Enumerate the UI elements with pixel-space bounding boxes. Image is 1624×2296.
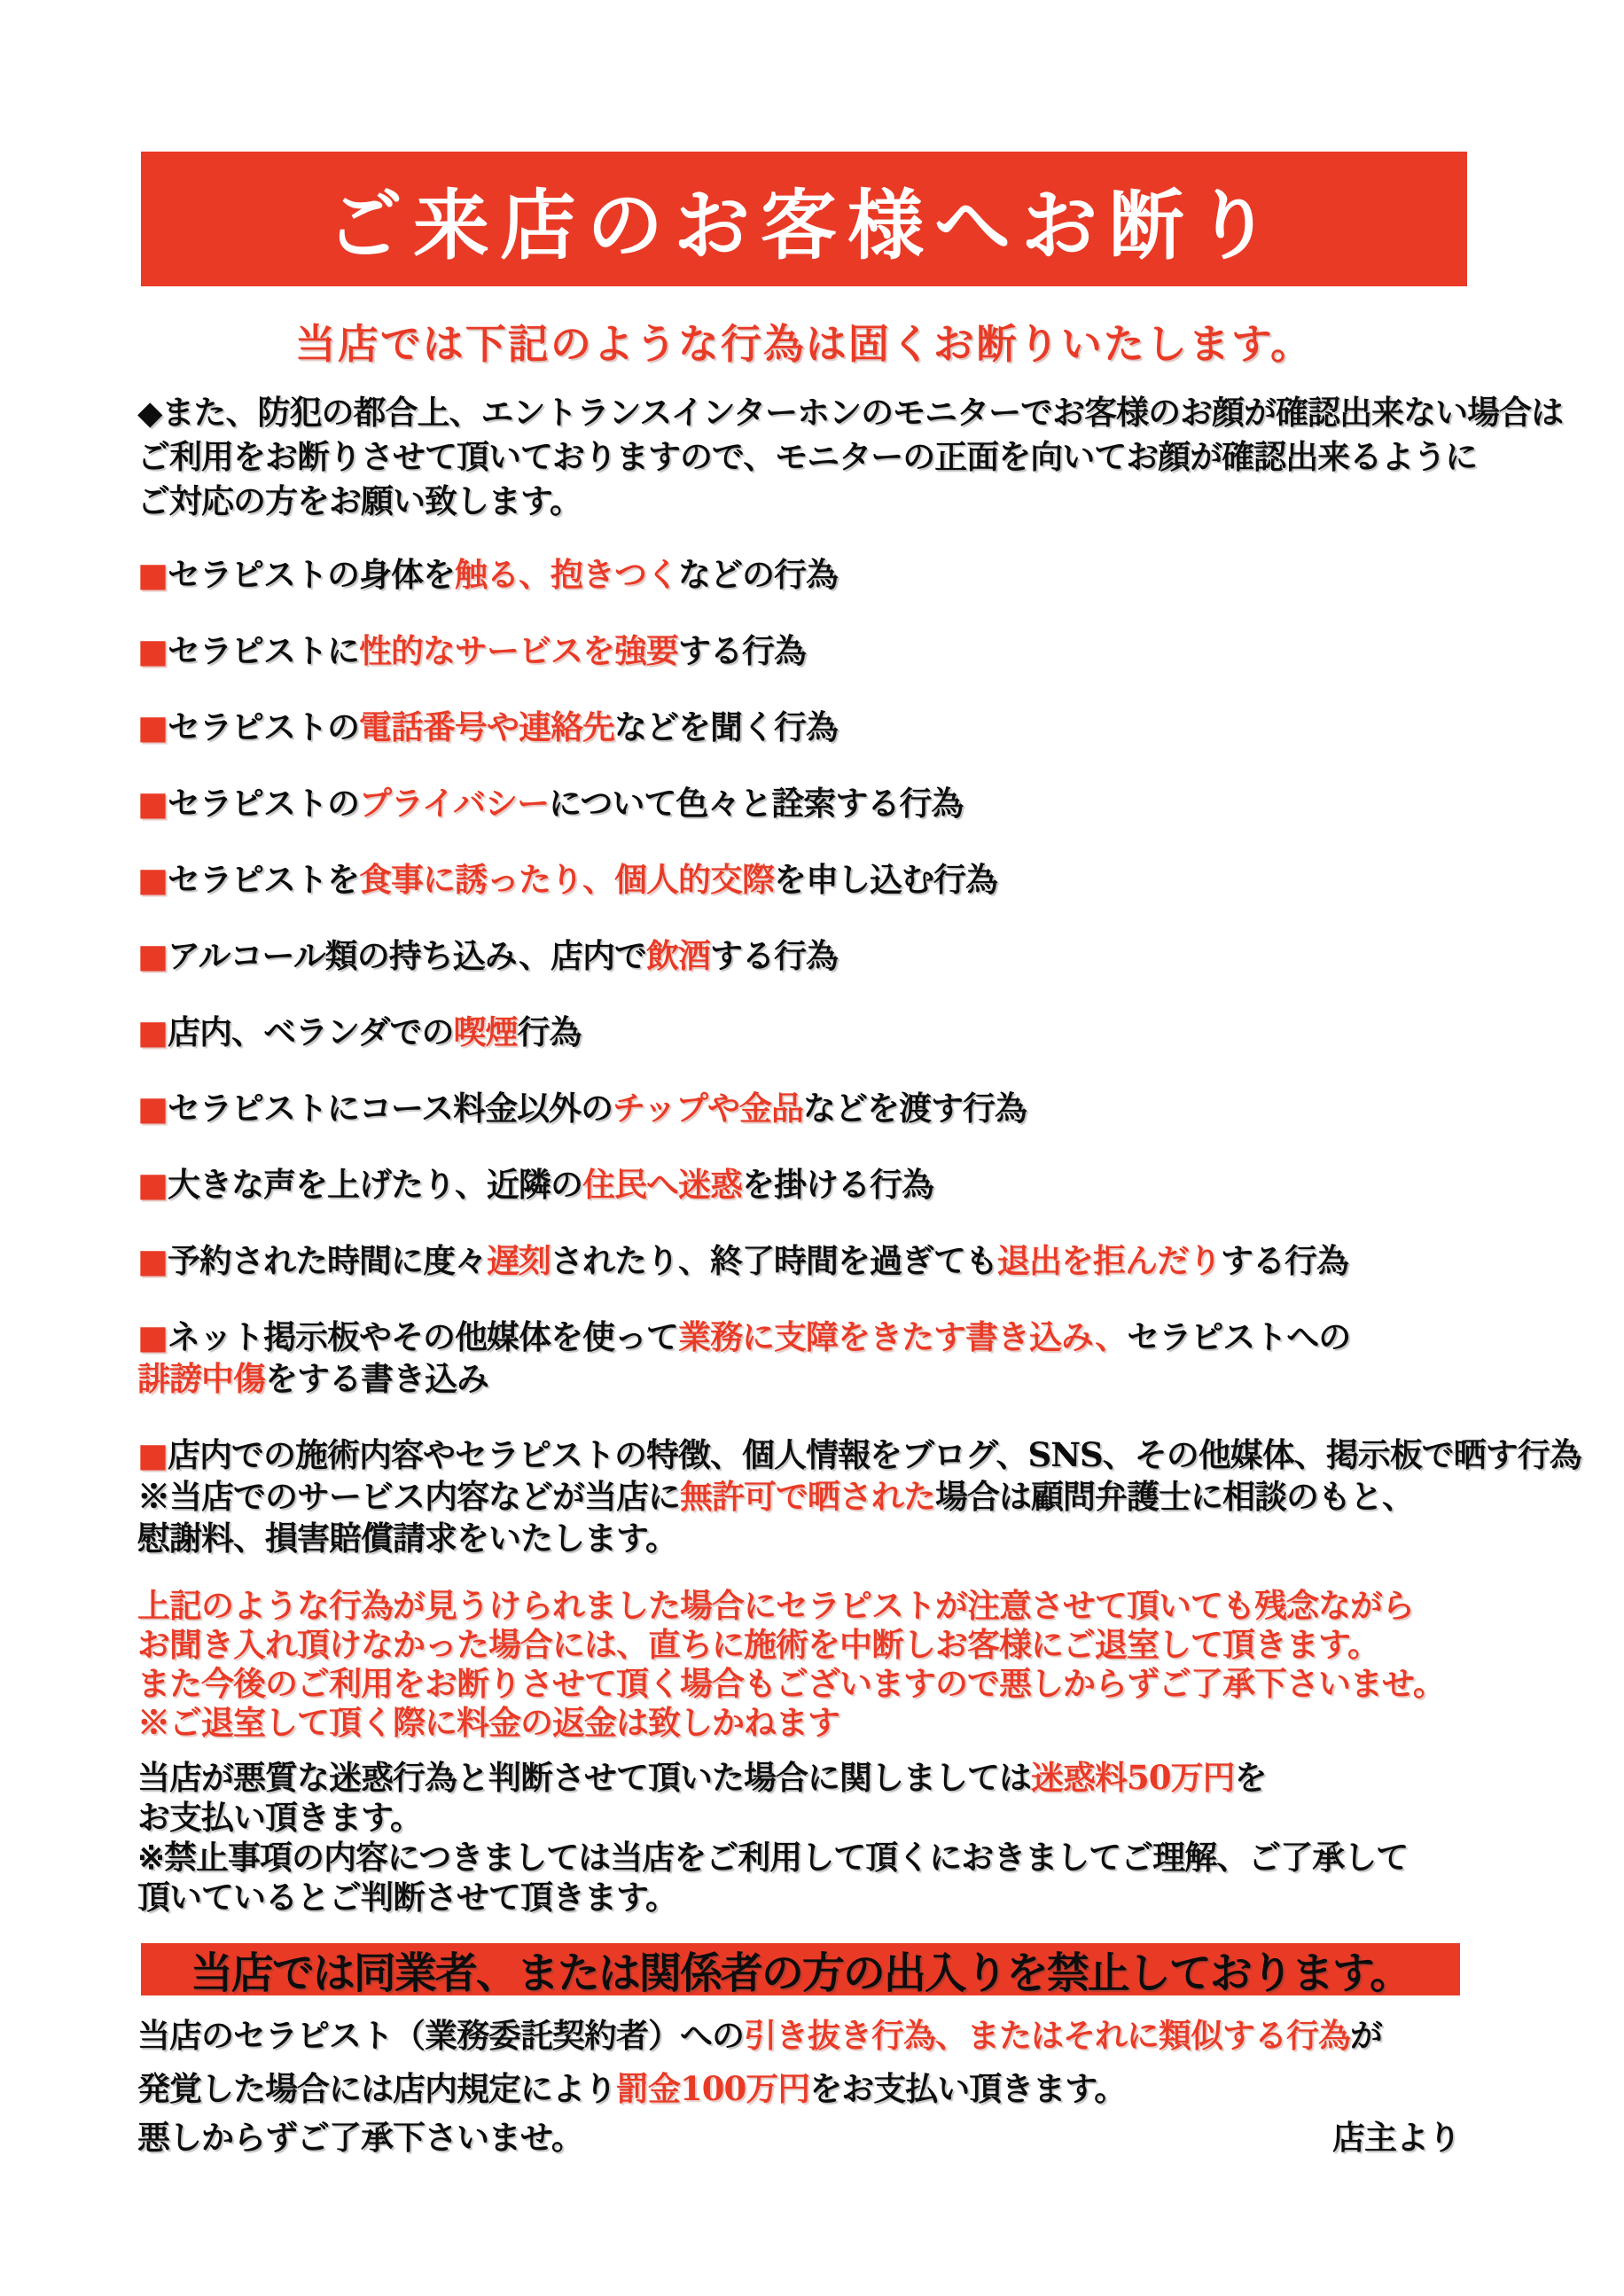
text-segment: をする書き込み	[265, 1359, 488, 1398]
text-segment: セラピストへの	[1127, 1317, 1350, 1356]
text-segment: などを渡す行為	[803, 1089, 1027, 1128]
highlighted-text: 罰金100万円	[616, 2069, 809, 2108]
highlighted-text: 無許可で晒された	[680, 1477, 935, 1516]
text-segment: ※禁止事項の内容につきましては当店をご利用して頂くにおきましてご理解、ご了承して	[137, 1838, 1408, 1877]
text-segment: について色々と詮索する行為	[549, 784, 963, 823]
highlighted-text: 食事に誘ったり、個人的交際	[359, 860, 774, 899]
text-segment: する行為	[710, 936, 838, 975]
prohibited-item: ■ネット掲示板やその他媒体を使って業務に支障をきたす書き込み、セラピストへの誹謗…	[137, 1316, 1624, 1400]
text-segment: ※当店でのサービス内容などが当店に	[137, 1477, 680, 1516]
signature: 店主より	[1332, 2117, 1460, 2159]
highlighted-text: ■	[137, 860, 168, 899]
secondary-banner: 当店では同業者、または関係者の方の出入りを禁止しております。	[141, 1943, 1460, 1995]
text-segment: 悪しからずご了承下さいませ。	[137, 2118, 583, 2157]
highlighted-text: ■	[137, 1012, 168, 1051]
warning-paragraph: 上記のような行為が見うけられました場合にセラピストが注意させて頂いても残念ながら…	[137, 1586, 1624, 1742]
text-segment: ご利用をお断りさせて頂いておりますので、モニターの正面を向いてお顔が確認出来るよ…	[137, 437, 1477, 476]
intro-paragraph: ◆また、防犯の都合上、エントランスインターホンのモニターでお客様のお顔が確認出来…	[137, 390, 1624, 523]
highlighted-text: ■	[137, 707, 168, 746]
highlighted-text: 喫煙	[454, 1012, 518, 1051]
prohibited-item: ■セラピストに性的なサービスを強要する行為	[137, 630, 1624, 672]
highlighted-text: 性的なサービスを強要	[359, 631, 678, 670]
highlighted-text: 飲酒	[646, 936, 710, 975]
prohibited-items-list: ■セラピストの身体を触る、抱きつくなどの行為■セラピストに性的なサービスを強要す…	[137, 554, 1624, 1559]
highlighted-text: また今後のご利用をお断りさせて頂く場合もございますので悪しからずご了承下さいませ…	[137, 1664, 1445, 1703]
prohibited-item: ■セラピストの身体を触る、抱きつくなどの行為	[137, 554, 1624, 596]
text-segment: されたり、終了時間を過ぎても	[550, 1241, 997, 1280]
text-segment: ネット掲示板やその他媒体を使って	[168, 1317, 678, 1356]
highlighted-text: ■	[137, 1089, 168, 1128]
text-segment: をお支払い頂きます。	[809, 2069, 1126, 2108]
highlighted-text: 触る、抱きつく	[455, 555, 678, 594]
text-segment: などの行為	[678, 555, 838, 594]
highlighted-text: 迷惑料50万円	[1031, 1758, 1235, 1797]
text-segment: 頂いているとご判断させて頂きます。	[137, 1878, 677, 1917]
highlighted-text: ■	[137, 631, 168, 670]
prohibited-item: ■店内での施術内容やセラピストの特徴、個人情報をブログ、SNS、その他媒体、掲示…	[137, 1434, 1624, 1559]
text-segment: ◆また、防犯の都合上、エントランスインターホンのモニターでお客様のお顔が確認出来…	[137, 393, 1563, 432]
text-segment: セラピストにコース料金以外の	[168, 1089, 613, 1128]
text-segment: 慰謝料、損害賠償請求をいたします。	[137, 1519, 677, 1558]
text-segment: 店内での施術内容やセラピストの特徴、個人情報をブログ、SNS、その他媒体、掲示板…	[168, 1435, 1581, 1474]
text-segment: セラピストに	[168, 631, 359, 670]
prohibited-item: ■セラピストを食事に誘ったり、個人的交際を申し込む行為	[137, 859, 1624, 901]
highlighted-text: チップや金品	[613, 1089, 803, 1128]
highlighted-text: 誹謗中傷	[137, 1359, 265, 1398]
text-segment: する行為	[1221, 1241, 1348, 1280]
text-segment: 行為	[518, 1012, 582, 1051]
prohibited-item: ■アルコール類の持ち込み、店内で飲酒する行為	[137, 935, 1624, 977]
highlighted-text: ■	[137, 1241, 168, 1280]
highlighted-text: お聞き入れ頂けなかった場合には、直ちに施術を中断しお客様にご退室して頂きます。	[137, 1625, 1379, 1664]
text-segment: お支払い頂きます。	[137, 1798, 422, 1837]
notice-page: ご来店のお客様へお断り 当店では下記のような行為は固くお断りいたします。 ◆また…	[0, 0, 1624, 2296]
highlighted-text: ■	[137, 555, 168, 594]
text-segment: が	[1350, 2016, 1382, 2055]
prohibited-item: ■セラピストにコース料金以外のチップや金品などを渡す行為	[137, 1088, 1624, 1129]
footer-paragraph: 当店のセラピスト（業務委託契約者）への引き抜き行為、またはそれに類似する行為が発…	[137, 2009, 1624, 2115]
highlighted-text: ■	[137, 936, 168, 975]
text-segment: などを聞く行為	[614, 707, 838, 746]
highlighted-text: ※ご退室して頂く際に料金の返金は致しかねます	[137, 1703, 839, 1742]
highlighted-text: 遅刻	[487, 1241, 550, 1280]
text-segment: を	[1235, 1758, 1267, 1797]
closing-line: 悪しからずご了承下さいませ。	[137, 2117, 583, 2159]
highlighted-text: 引き抜き行為、またはそれに類似する行為	[744, 2016, 1350, 2055]
highlighted-text: 電話番号や連絡先	[359, 707, 614, 746]
prohibited-item: ■セラピストの電話番号や連絡先などを聞く行為	[137, 707, 1624, 748]
text-segment: する行為	[678, 631, 806, 670]
text-segment: 大きな声を上げたり、近隣の	[168, 1165, 582, 1204]
highlighted-text: 上記のような行為が見うけられました場合にセラピストが注意させて頂いても残念ながら	[137, 1586, 1414, 1625]
highlighted-text: ■	[137, 1435, 168, 1474]
closing-row: 悪しからずご了承下さいませ。 店主より	[137, 2117, 1460, 2159]
highlighted-text: ■	[137, 1165, 168, 1204]
text-segment: セラピストの身体を	[168, 555, 455, 594]
text-segment: 予約された時間に度々	[168, 1241, 487, 1280]
text-segment: ご対応の方をお願い致します。	[137, 481, 582, 520]
text-segment: 当店のセラピスト（業務委託契約者）への	[137, 2016, 744, 2055]
highlighted-text: ■	[137, 1317, 168, 1356]
text-segment: を申し込む行為	[774, 860, 997, 899]
text-segment: 発覚した場合には店内規定により	[137, 2069, 616, 2108]
subtitle: 当店では下記のような行為は固くお断りいたします。	[141, 322, 1467, 366]
text-segment: 場合は顧問弁護士に相談のもと、	[935, 1477, 1414, 1516]
highlighted-text: ■	[137, 784, 168, 823]
penalty-paragraph: 当店が悪質な迷惑行為と判断させて頂いた場合に関しましては迷惑料50万円をお支払い…	[137, 1758, 1624, 1917]
highlighted-text: 業務に支障をきたす書き込み、	[678, 1317, 1127, 1356]
main-title-banner: ご来店のお客様へお断り	[141, 152, 1467, 286]
highlighted-text: プライバシー	[359, 784, 549, 823]
prohibited-item: ■セラピストのプライバシーについて色々と詮索する行為	[137, 783, 1624, 824]
highlighted-text: 住民へ迷惑	[582, 1165, 742, 1204]
text-segment: 当店が悪質な迷惑行為と判断させて頂いた場合に関しましては	[137, 1758, 1031, 1797]
prohibited-item: ■予約された時間に度々遅刻されたり、終了時間を過ぎても退出を拒んだりする行為	[137, 1240, 1624, 1282]
text-segment: セラピストの	[168, 784, 359, 823]
text-segment: アルコール類の持ち込み、店内で	[168, 936, 646, 975]
text-segment: を掛ける行為	[742, 1165, 933, 1204]
text-segment: セラピストの	[168, 707, 359, 746]
text-segment: セラピストを	[168, 860, 359, 899]
prohibited-item: ■大きな声を上げたり、近隣の住民へ迷惑を掛ける行為	[137, 1164, 1624, 1206]
highlighted-text: 退出を拒んだり	[997, 1241, 1221, 1280]
secondary-banner-title: 当店では同業者、または関係者の方の出入りを禁止しております。	[191, 1939, 1410, 2000]
text-segment: 店内、ベランダでの	[168, 1012, 454, 1051]
page-title: ご来店のお客様へお断り	[326, 164, 1282, 274]
prohibited-item: ■店内、ベランダでの喫煙行為	[137, 1011, 1624, 1053]
